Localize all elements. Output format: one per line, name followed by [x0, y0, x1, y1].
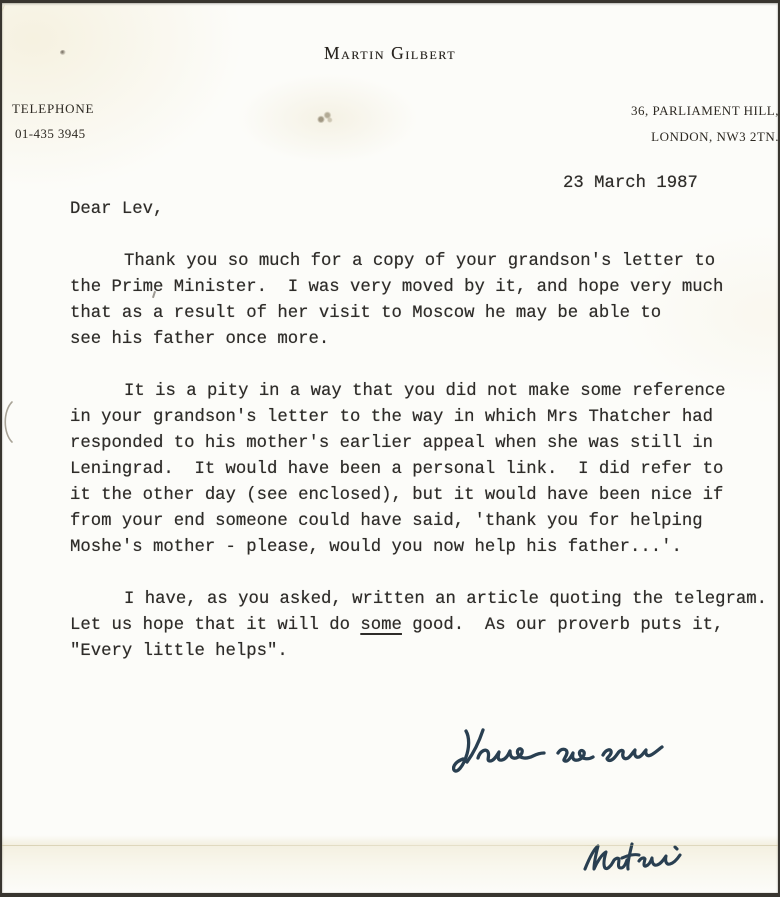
salutation: Dear Lev,: [70, 197, 767, 223]
handwritten-signature: [578, 835, 718, 885]
letter-date: 23 March 1987: [563, 171, 698, 197]
body-line: see his father once more.: [70, 327, 767, 353]
letter-body: Dear Lev, Thank you so much for a copy o…: [70, 197, 767, 665]
letterhead-telephone-label: TELEPHONE: [12, 101, 94, 117]
paragraph-3: I have, as you asked, written an article…: [70, 587, 767, 665]
paragraph-2: It is a pity in a way that you did not m…: [70, 379, 767, 561]
letterhead-telephone-number: 01-435 3945: [15, 126, 85, 142]
fold-crease: [2, 845, 778, 846]
body-line: in your grandson's letter to the way in …: [70, 405, 767, 431]
letterhead-address-line1: 36, PARLIAMENT HILL,: [631, 103, 779, 119]
body-line: responded to his mother's earlier appeal…: [70, 431, 767, 457]
handwritten-closing: [452, 725, 667, 783]
letterhead-address-line2: LONDON, NW3 2TN.: [651, 129, 779, 145]
body-line: Thank you so much for a copy of your gra…: [70, 249, 767, 275]
paragraph-1: Thank you so much for a copy of your gra…: [70, 249, 767, 353]
body-line: it the other day (see enclosed), but it …: [70, 483, 767, 509]
body-line: It is a pity in a way that you did not m…: [70, 379, 767, 405]
corner-crease: [0, 5, 5, 91]
paper-smudge: [317, 111, 333, 123]
scanned-letter-page: Martin Gilbert TELEPHONE 01-435 3945 36,…: [0, 0, 780, 897]
body-line: the Prime Minister. I was very moved by …: [70, 275, 767, 301]
body-line: that as a result of her visit to Moscow …: [70, 301, 767, 327]
body-line: Moshe's mother - please, would you now h…: [70, 535, 767, 561]
underlined-word: some: [360, 616, 401, 635]
body-line: Let us hope that it will do some good. A…: [70, 613, 767, 639]
body-text-segment: good. As our proverb puts it,: [402, 616, 723, 635]
body-line: I have, as you asked, written an article…: [70, 587, 767, 613]
letterhead-name: Martin Gilbert: [324, 43, 456, 64]
body-line: Leningrad. It would have been a personal…: [70, 457, 767, 483]
staple-mark: [0, 399, 15, 450]
body-line: from your end someone could have said, '…: [70, 509, 767, 535]
paper-speck: [60, 50, 66, 55]
body-line: "Every little helps".: [70, 639, 767, 665]
body-text-segment: Let us hope that it will do: [70, 616, 360, 635]
